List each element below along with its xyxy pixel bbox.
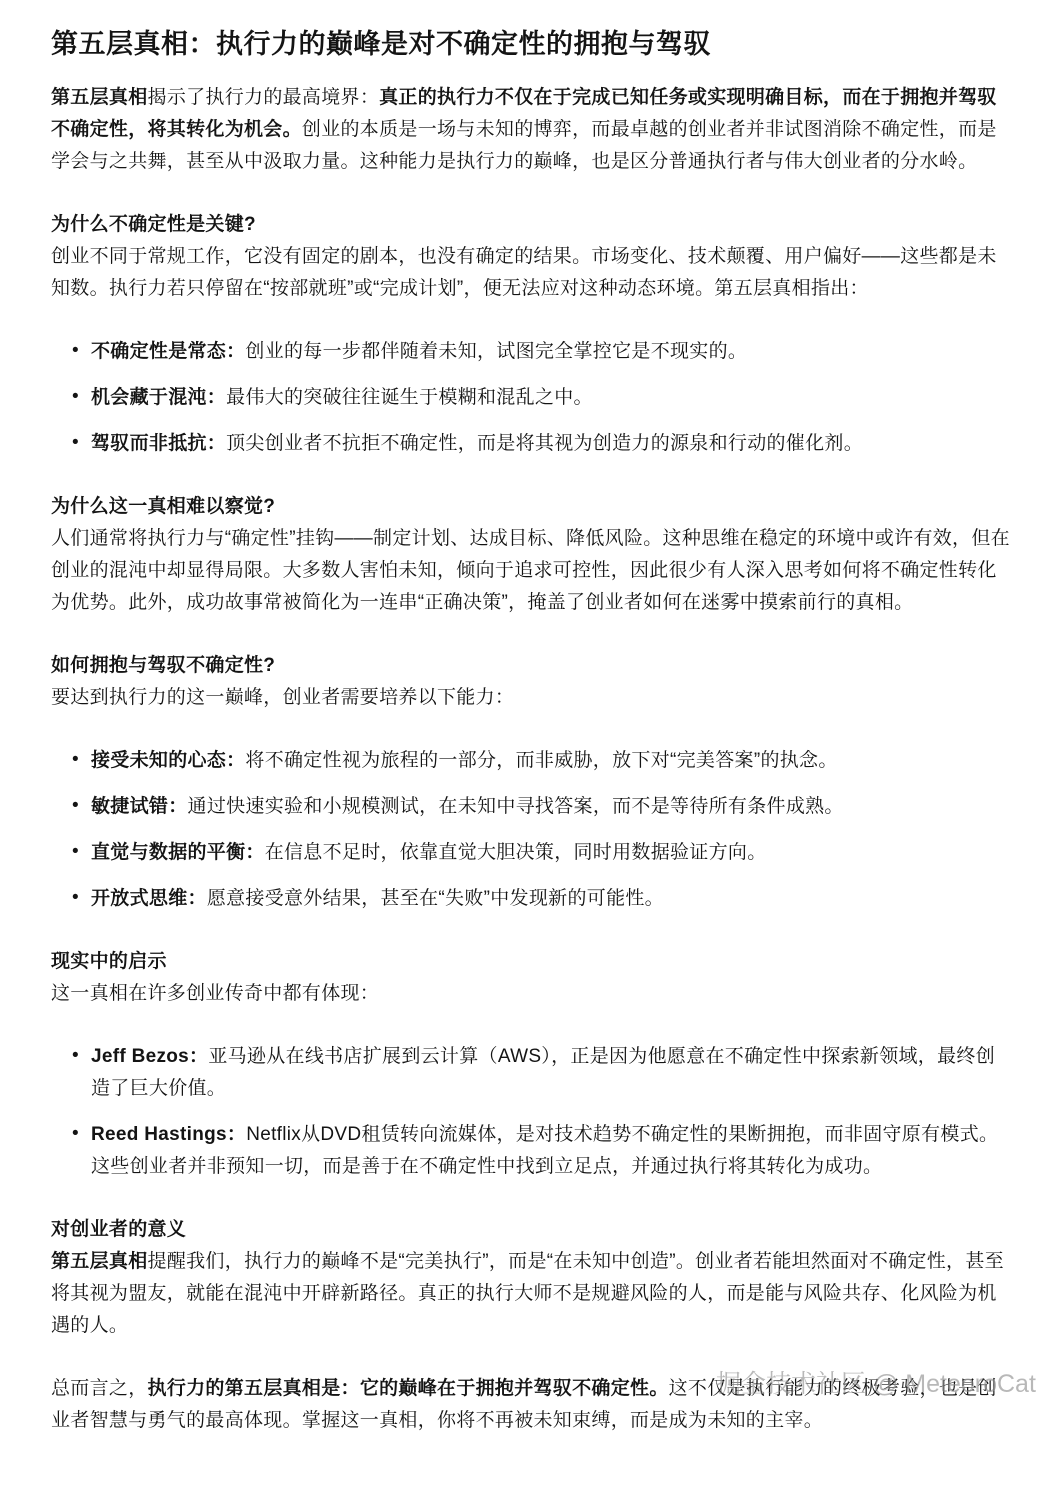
list-item-label: 不确定性是常态： (91, 341, 245, 362)
list-item-text: 创业的每一步都伴随着未知，试图完全掌控它是不现实的。 (245, 341, 747, 362)
list-item: •Reed Hastings：Netflix从DVD租赁转向流媒体，是对技术趋势… (51, 1119, 1013, 1183)
list-item-text: 在信息不足时，依靠直觉大胆决策，同时用数据验证方向。 (265, 842, 767, 863)
section-how-to-embrace: 如何拥抱与驾驭不确定性?要达到执行力的这一巅峰，创业者需要培养以下能力： (51, 650, 1013, 714)
list-item-body: 直觉与数据的平衡：在信息不足时，依靠直觉大胆决策，同时用数据验证方向。 (91, 842, 767, 863)
page-title: 第五层真相：执行力的巅峰是对不确定性的拥抱与驾驭 (51, 26, 1013, 63)
bullet-icon: • (72, 1040, 79, 1072)
list-item-text: 通过快速实验和小规模测试，在未知中寻找答案，而不是等待所有条件成熟。 (188, 796, 844, 817)
list-item: •机会藏于混沌：最伟大的突破往往诞生于模糊和混乱之中。 (51, 382, 1013, 414)
intro-lead-bold: 第五层真相 (51, 87, 148, 108)
list-item-label: Reed Hastings： (91, 1124, 246, 1145)
list-item-label: Jeff Bezos： (91, 1046, 208, 1067)
section-meaning-for-founders: 对创业者的意义第五层真相提醒我们，执行力的巅峰不是“完美执行”，而是“在未知中创… (51, 1214, 1013, 1342)
list-item: •直觉与数据的平衡：在信息不足时，依靠直觉大胆决策，同时用数据验证方向。 (51, 837, 1013, 869)
section-body-hard-to-perceive: 人们通常将执行力与“确定性”挂钩——制定计划、达成目标、降低风险。这种思维在稳定… (51, 528, 1010, 613)
list-item-body: 机会藏于混沌：最伟大的突破往往诞生于模糊和混乱之中。 (91, 387, 593, 408)
bullet-icon: • (72, 1118, 79, 1150)
bullet-icon: • (72, 427, 79, 459)
section-body-how-to-embrace: 要达到执行力的这一巅峰，创业者需要培养以下能力： (51, 687, 514, 708)
bullet-icon: • (72, 335, 79, 367)
list-item: •Jeff Bezos：亚马逊从在线书店扩展到云计算（AWS），正是因为他愿意在… (51, 1041, 1013, 1105)
list-item-text: Netflix从DVD租赁转向流媒体，是对技术趋势不确定性的果断拥抱，而非固守原… (246, 1124, 998, 1145)
meaning-lead-bold: 第五层真相 (51, 1251, 148, 1272)
section-real-world: 现实中的启示这一真相在许多创业传奇中都有体现： (51, 946, 1013, 1010)
list-item: •接受未知的心态：将不确定性视为旅程的一部分，而非威胁，放下对“完美答案”的执念… (51, 745, 1013, 777)
list-item-body: 敏捷试错：通过快速实验和小规模测试，在未知中寻找答案，而不是等待所有条件成熟。 (91, 796, 844, 817)
section-body-why-key: 创业不同于常规工作，它没有固定的剧本，也没有确定的结果。市场变化、技术颠覆、用户… (51, 246, 997, 299)
list-item-text: 最伟大的突破往往诞生于模糊和混乱之中。 (226, 387, 593, 408)
section-body-meaning: 提醒我们，执行力的巅峰不是“完美执行”，而是“在未知中创造”。创业者若能坦然面对… (51, 1251, 1004, 1336)
list-item-text: 顶尖创业者不抗拒不确定性，而是将其视为创造力的源泉和行动的催化剂。 (226, 433, 863, 454)
bullet-icon: • (72, 381, 79, 413)
list-item-label: 机会藏于混沌： (91, 387, 226, 408)
list-item-text: 将不确定性视为旅程的一部分，而非威胁，放下对“完美答案”的执念。 (245, 750, 837, 771)
section-heading-hard-to-perceive: 为什么这一真相难以察觉? (51, 491, 1013, 523)
bullet-icon: • (72, 744, 79, 776)
list-item-label: 接受未知的心态： (91, 750, 245, 771)
bullet-list-examples: •Jeff Bezos：亚马逊从在线书店扩展到云计算（AWS），正是因为他愿意在… (51, 1041, 1013, 1183)
section-heading-how-to-embrace: 如何拥抱与驾驭不确定性? (51, 650, 1013, 682)
list-item-label: 敏捷试错： (91, 796, 188, 817)
bullet-list-abilities: •接受未知的心态：将不确定性视为旅程的一部分，而非威胁，放下对“完美答案”的执念… (51, 745, 1013, 915)
list-item-label: 直觉与数据的平衡： (91, 842, 265, 863)
bullet-list-uncertainty: •不确定性是常态：创业的每一步都伴随着未知，试图完全掌控它是不现实的。 •机会藏… (51, 336, 1013, 460)
section-why-uncertainty-key: 为什么不确定性是关键?创业不同于常规工作，它没有固定的剧本，也没有确定的结果。市… (51, 209, 1013, 305)
document-page: 第五层真相：执行力的巅峰是对不确定性的拥抱与驾驭 第五层真相揭示了执行力的最高境… (0, 0, 1064, 1498)
list-item-body: 接受未知的心态：将不确定性视为旅程的一部分，而非威胁，放下对“完美答案”的执念。 (91, 750, 838, 771)
bullet-icon: • (72, 790, 79, 822)
list-item-body: 驾驭而非抵抗：顶尖创业者不抗拒不确定性，而是将其视为创造力的源泉和行动的催化剂。 (91, 433, 863, 454)
list-item-label: 驾驭而非抵抗： (91, 433, 226, 454)
list-item-text: 愿意接受意外结果，甚至在“失败”中发现新的可能性。 (207, 888, 664, 909)
bullet-icon: • (72, 882, 79, 914)
list-item-continuation: 这些创业者并非预知一切，而是善于在不确定性中找到立足点，并通过执行将其转化为成功… (91, 1151, 1013, 1183)
section-heading-why-key: 为什么不确定性是关键? (51, 209, 1013, 241)
list-item-label: 开放式思维： (91, 888, 207, 909)
section-heading-meaning: 对创业者的意义 (51, 1214, 1013, 1246)
list-item-body: 开放式思维：愿意接受意外结果，甚至在“失败”中发现新的可能性。 (91, 888, 664, 909)
intro-paragraph: 第五层真相揭示了执行力的最高境界：真正的执行力不仅在于完成已知任务或实现明确目标… (51, 82, 1013, 178)
list-item: •驾驭而非抵抗：顶尖创业者不抗拒不确定性，而是将其视为创造力的源泉和行动的催化剂… (51, 428, 1013, 460)
conclusion-paragraph: 总而言之，执行力的第五层真相是：它的巅峰在于拥抱并驾驭不确定性。这不仅是执行能力… (51, 1373, 1013, 1437)
conclusion-pre-text: 总而言之， (51, 1378, 148, 1399)
intro-lead-text: 揭示了执行力的最高境界： (148, 87, 380, 108)
list-item: •开放式思维：愿意接受意外结果，甚至在“失败”中发现新的可能性。 (51, 883, 1013, 915)
section-body-real-world: 这一真相在许多创业传奇中都有体现： (51, 983, 379, 1004)
bullet-icon: • (72, 836, 79, 868)
conclusion-bold: 执行力的第五层真相是：它的巅峰在于拥抱并驾驭不确定性。 (148, 1378, 669, 1399)
list-item-text: 亚马逊从在线书店扩展到云计算（AWS），正是因为他愿意在不确定性中探索新领域，最… (91, 1046, 995, 1099)
list-item-body: Reed Hastings：Netflix从DVD租赁转向流媒体，是对技术趋势不… (91, 1124, 1013, 1183)
list-item: •不确定性是常态：创业的每一步都伴随着未知，试图完全掌控它是不现实的。 (51, 336, 1013, 368)
list-item: •敏捷试错：通过快速实验和小规模测试，在未知中寻找答案，而不是等待所有条件成熟。 (51, 791, 1013, 823)
list-item-body: Jeff Bezos：亚马逊从在线书店扩展到云计算（AWS），正是因为他愿意在不… (91, 1046, 995, 1099)
section-hard-to-perceive: 为什么这一真相难以察觉?人们通常将执行力与“确定性”挂钩——制定计划、达成目标、… (51, 491, 1013, 619)
list-item-body: 不确定性是常态：创业的每一步都伴随着未知，试图完全掌控它是不现实的。 (91, 341, 747, 362)
section-heading-real-world: 现实中的启示 (51, 946, 1013, 978)
